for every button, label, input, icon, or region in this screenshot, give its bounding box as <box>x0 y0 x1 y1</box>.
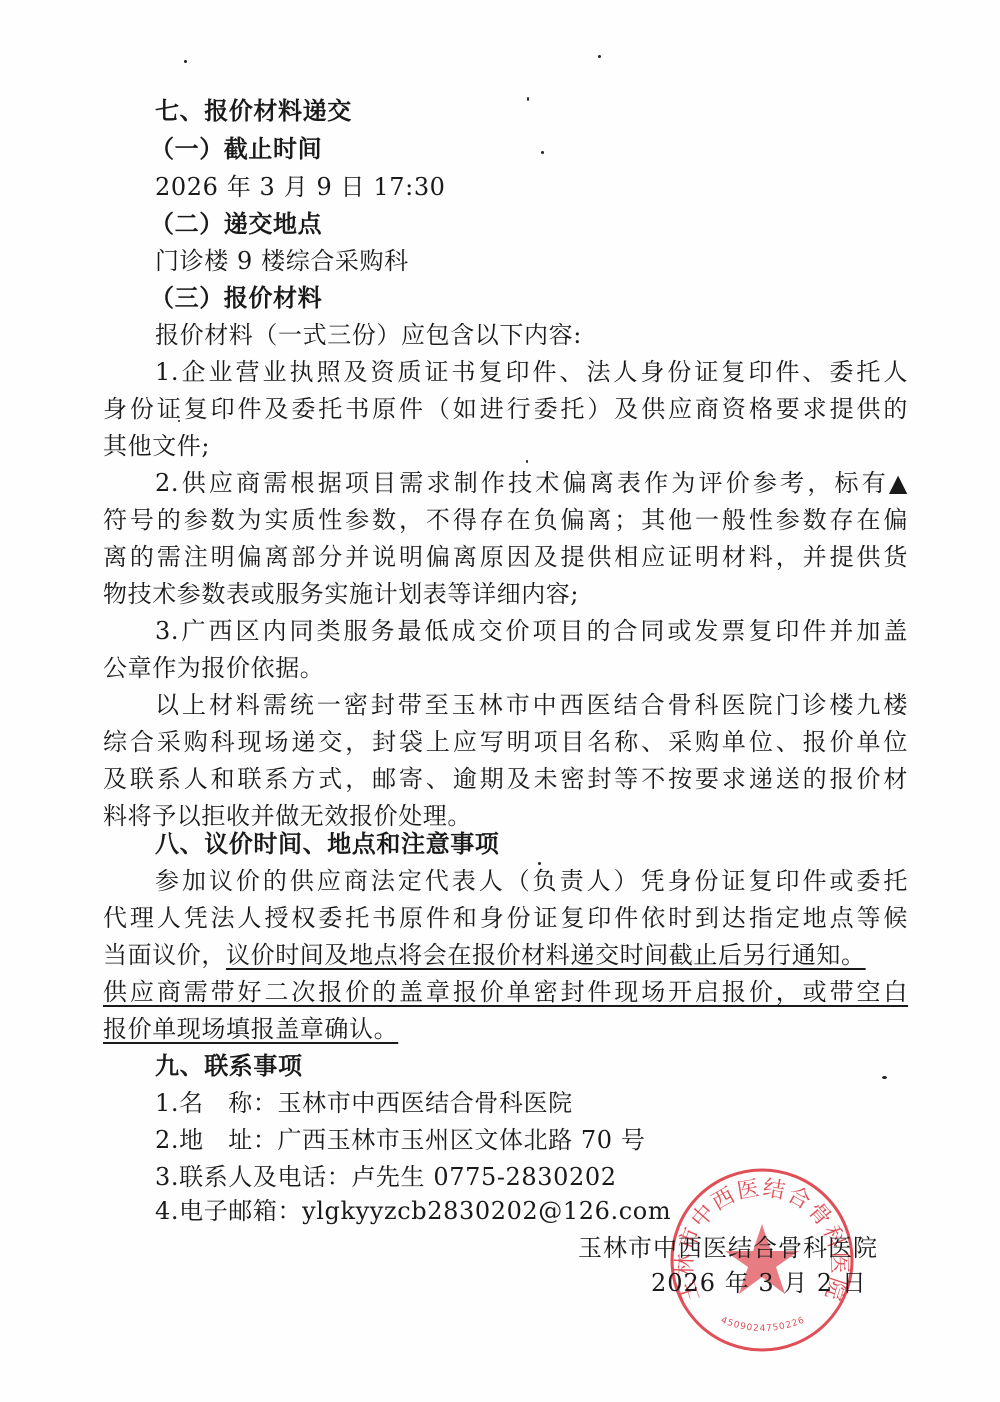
negotiation-line5-underlined: 报价单现场填报盖章确认。 <box>103 1014 908 1044</box>
scan-speck <box>184 60 187 63</box>
contact-name-label: 1.名 称： <box>155 1089 278 1117</box>
section-heading-8: 八、议价时间、地点和注意事项 <box>155 829 908 859</box>
svg-text:4509024750226: 4509024750226 <box>719 1315 806 1334</box>
delivery-note-line3: 及联系人和联系方式，邮寄、逾期及未密封等不按要求递送的报价材 <box>103 764 908 794</box>
document-page: 七、报价材料递交 （一）截止时间 2026 年 3 月 9 日 17:30 （二… <box>0 0 1000 1402</box>
item2-line4: 物技术参数表或服务实施计划表等详细内容; <box>103 579 908 609</box>
negotiation-line2: 代理人凭法人授权委托书原件和身份证复印件依时到达指定地点等候 <box>103 903 908 933</box>
contact-name-value: 玉林市中西医结合骨科医院 <box>278 1089 573 1117</box>
delivery-note-line4: 料将予以拒收并做无效报价处理。 <box>103 801 908 831</box>
contact-phone-value: 卢先生 0775-2830202 <box>351 1163 616 1191</box>
scan-speck <box>598 55 601 58</box>
contact-email-value[interactable]: ylgkyyzcb2830202@126.com <box>302 1197 671 1225</box>
seal-code: 4509024750226 <box>719 1315 806 1334</box>
scan-speck <box>538 862 541 865</box>
section-heading-7: 七、报价材料递交 <box>155 96 908 126</box>
negotiation-line4-underlined: 供应商需带好二次报价的盖章报价单密封件现场开启报价，或带空白 <box>103 977 908 1007</box>
item2-line1: 2.供应商需根据项目需求制作技术偏离表作为评价参考，标有▲ <box>155 468 908 498</box>
negotiation-line3-plain: 当面议价， <box>103 941 226 969</box>
signature-date: 2026 年 3 月 2 日 <box>651 1268 867 1298</box>
contact-address-value: 广西玉林市玉州区文体北路 70 号 <box>278 1126 646 1154</box>
scan-speck <box>882 1076 887 1079</box>
subheading-location: （二）递交地点 <box>150 209 903 239</box>
scan-speck <box>527 97 529 101</box>
negotiation-line1: 参加议价的供应商法定代表人（负责人）凭身份证复印件或委托 <box>155 866 908 896</box>
item3-line1: 3.广西区内同类服务最低成交价项目的合同或发票复印件并加盖 <box>155 616 908 646</box>
item3-line2: 公章作为报价依据。 <box>103 653 908 683</box>
section-heading-9: 九、联系事项 <box>155 1051 908 1081</box>
scan-speck <box>526 460 528 463</box>
item2-line3: 离的需注明偏离部分并说明偏离原因及提供相应证明材料，并提供货 <box>103 542 908 572</box>
item1-line3: 其他文件; <box>103 431 908 461</box>
subheading-deadline: （一）截止时间 <box>150 134 903 164</box>
item1-line1: 1.企业营业执照及资质证书复印件、法人身份证复印件、委托人 <box>155 357 908 387</box>
item2-line2: 符号的参数为实质性参数，不得存在负偏离；其他一般性参数存在偏 <box>103 505 908 535</box>
deadline-value: 2026 年 3 月 9 日 17:30 <box>155 172 908 202</box>
negotiation-notice-underlined: 议价时间及地点将会在报价材料递交时间截止后另行通知。 <box>226 941 866 969</box>
contact-address-label: 2.地 址： <box>155 1126 278 1154</box>
signature-organization: 玉林市中西医结合骨科医院 <box>578 1233 878 1263</box>
subheading-materials: （三）报价材料 <box>150 283 903 313</box>
location-value: 门诊楼 9 楼综合采购科 <box>155 246 908 276</box>
contact-email-label: 4.电子邮箱： <box>155 1197 302 1225</box>
contact-name: 1.名 称：玉林市中西医结合骨科医院 <box>155 1088 908 1118</box>
contact-address: 2.地 址：广西玉林市玉州区文体北路 70 号 <box>155 1125 908 1155</box>
item1-line2: 身份证复印件及委托书原件（如进行委托）及供应商资格要求提供的 <box>103 394 908 424</box>
scan-speck <box>380 808 383 810</box>
scan-speck <box>178 420 180 422</box>
scan-speck <box>541 151 544 154</box>
materials-intro: 报价材料（一式三份）应包含以下内容: <box>155 320 908 350</box>
negotiation-line3: 当面议价，议价时间及地点将会在报价材料递交时间截止后另行通知。 <box>103 940 908 970</box>
delivery-note-line2: 综合采购科现场递交，封袋上应写明项目名称、采购单位、报价单位 <box>103 727 908 757</box>
contact-phone-label: 3.联系人及电话： <box>155 1163 351 1191</box>
delivery-note-line1: 以上材料需统一密封带至玉林市中西医结合骨科医院门诊楼九楼 <box>155 690 908 720</box>
